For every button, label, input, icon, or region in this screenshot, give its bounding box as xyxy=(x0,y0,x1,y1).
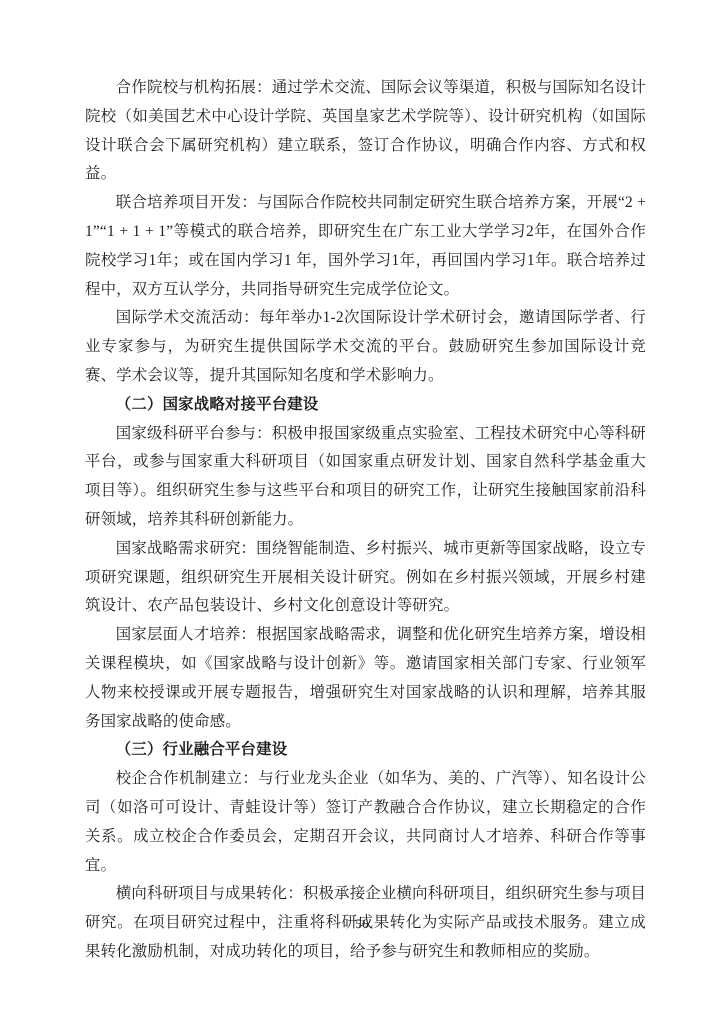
paragraph-school-enterprise-cooperation: 校企合作机制建立：与行业龙头企业（如华为、美的、广汽等）、知名设计公司（如洛可可… xyxy=(85,765,646,880)
document-page: 合作院校与机构拓展：通过学术交流、国际会议等渠道，积极与国际知名设计院校（如美国… xyxy=(0,0,724,1024)
page-footer: 56 xyxy=(0,915,724,933)
heading-industry-integration-platform: （三）行业融合平台建设 xyxy=(85,736,646,765)
paragraph-cooperation-expansion: 合作院校与机构拓展：通过学术交流、国际会议等渠道，积极与国际知名设计院校（如美国… xyxy=(85,74,646,189)
document-body: 合作院校与机构拓展：通过学术交流、国际会议等渠道，积极与国际知名设计院校（如美国… xyxy=(85,74,646,967)
page-number: 56 xyxy=(356,916,369,931)
paragraph-national-strategy-research: 国家战略需求研究：围绕智能制造、乡村振兴、城市更新等国家战略，设立专项研究课题，… xyxy=(85,535,646,621)
paragraph-joint-training-program: 联合培养项目开发：与国际合作院校共同制定研究生联合培养方案，开展“2 + 1”“… xyxy=(85,189,646,304)
paragraph-national-talent-training: 国家层面人才培养：根据国家战略需求，调整和优化研究生培养方案，增设相关课程模块，… xyxy=(85,621,646,736)
paragraph-international-academic-exchange: 国际学术交流活动：每年举办1-2次国际设计学术研讨会，邀请国际学者、行业专家参与… xyxy=(85,304,646,390)
heading-national-strategy-platform: （二）国家战略对接平台建设 xyxy=(85,391,646,420)
paragraph-national-research-platform: 国家级科研平台参与：积极申报国家级重点实验室、工程技术研究中心等科研平台，或参与… xyxy=(85,420,646,535)
